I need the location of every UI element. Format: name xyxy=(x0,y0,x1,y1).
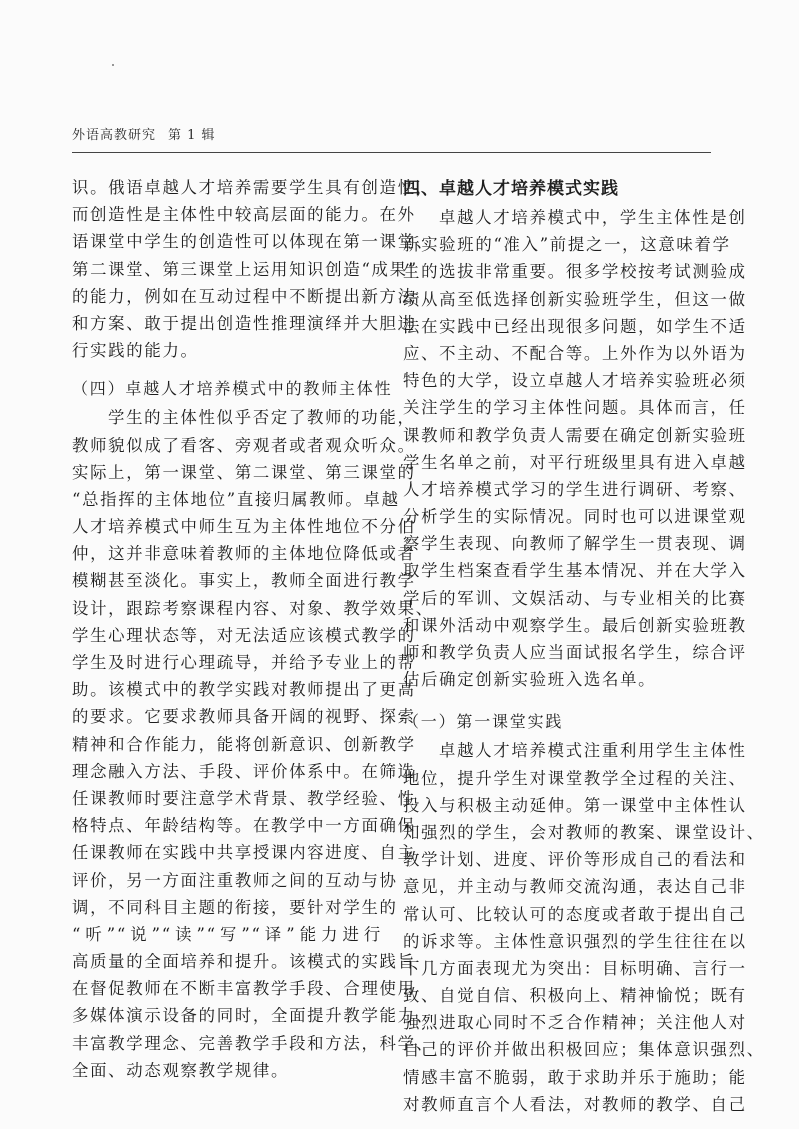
text-line: 和方案、敢于提出创造性推理演绎并大胆进 xyxy=(72,310,382,337)
text-line: 学生名单之前，对平行班级里具有进入卓越 xyxy=(403,449,713,476)
text-line: 生的选拔非常重要。很多学校按考试测验成 xyxy=(403,258,713,285)
issue-number: 第 1 辑 xyxy=(168,128,216,143)
text-line: 全面、动态观察教学规律。 xyxy=(72,1057,382,1084)
text-line: 的能力，例如在互动过程中不断提出新方法 xyxy=(72,283,382,310)
paragraph-intro: 卓越人才培养模式中，学生主体性是创 新实验班的“准入”前提之一，这意味着学 生的… xyxy=(403,204,713,693)
text-line: 知强烈的学生，会对教师的教案、课堂设计、 xyxy=(403,819,713,846)
text-line: 格特点、年龄结构等。在教学中一方面确保 xyxy=(72,812,382,839)
text-line: 调，不同科目主题的衔接，要针对学生的 xyxy=(72,894,382,921)
running-head: 外语高教研究第 1 辑 xyxy=(72,124,216,143)
text-line: 情感丰富不脆弱，敢于求助并乐于施助；能 xyxy=(403,1064,713,1091)
text-line: 对教师直言个人看法，对教师的教学、自己 xyxy=(403,1091,713,1118)
text-line: 助。该模式中的教学实践对教师提出了更高 xyxy=(72,676,382,703)
text-line: 关注学生的学习主体性问题。具体而言，任 xyxy=(403,394,713,421)
text-line: 下几方面表现尤为突出：目标明确、言行一 xyxy=(403,955,713,982)
subheading-first-classroom: （一）第一课堂实践 xyxy=(403,707,713,737)
journal-title: 外语高教研究 xyxy=(72,128,156,143)
section-heading-practice: 四、卓越人才培养模式实践 xyxy=(403,174,713,204)
left-column: 识。俄语卓越人才培养需要学生具有创造性， 而创造性是主体性中较高层面的能力。在外… xyxy=(72,174,382,1084)
text-line: 在督促教师在不断丰富教学手段、合理使用 xyxy=(72,975,382,1002)
text-line: 人才培养模式学习的学生进行调研、考察、 xyxy=(403,476,713,503)
text-line: 课教师和教学负责人需要在确定创新实验班 xyxy=(403,422,713,449)
text-line: 教学计划、进度、评价等形成自己的看法和 xyxy=(403,846,713,873)
text-line: 学后的军训、文娱活动、与专业相关的比赛 xyxy=(403,585,713,612)
text-line: 意见，并主动与教师交流沟通，表达自己非 xyxy=(403,873,713,900)
text-line: 应、不主动、不配合等。上外作为以外语为 xyxy=(403,340,713,367)
text-line: 识。俄语卓越人才培养需要学生具有创造性， xyxy=(72,174,382,201)
text-line: 人才培养模式中师生互为主体性地位不分伯 xyxy=(72,513,382,540)
text-line: 卓越人才培养模式中，学生主体性是创 xyxy=(403,204,713,231)
scan-speck xyxy=(112,64,114,66)
text-line: 设计，跟踪考察课程内容、对象、教学效果、 xyxy=(72,595,382,622)
text-line: 学生的主体性似乎否定了教师的功能， xyxy=(72,404,382,431)
text-line: 学生及时进行心理疏导，并给予专业上的帮 xyxy=(72,649,382,676)
text-line: 绩从高至低选择创新实验班学生，但这一做 xyxy=(403,286,713,313)
paragraph-first-classroom: 卓越人才培养模式注重利用学生主体性 地位，提升学生对课堂教学全过程的关注、 投入… xyxy=(403,737,713,1118)
text-line: 法在实践中已经出现很多问题，如学生不适 xyxy=(403,313,713,340)
text-line: 任课教师时要注意学术背景、教学经验、性 xyxy=(72,785,382,812)
text-line: 地位，提升学生对课堂教学全过程的关注、 xyxy=(403,765,713,792)
text-line: 卓越人才培养模式注重利用学生主体性 xyxy=(403,737,713,764)
text-line: 精神和合作能力，能将创新意识、创新教学 xyxy=(72,731,382,758)
text-line: 丰富教学理念、完善教学手段和方法，科学、 xyxy=(72,1030,382,1057)
paragraph-teacher: 学生的主体性似乎否定了教师的功能， 教师貌似成了看客、旁观者或者观众听众。 实际… xyxy=(72,404,382,1084)
text-line: 行实践的能力。 xyxy=(72,337,382,364)
text-line: 评价，另一方面注重教师之间的互动与协 xyxy=(72,867,382,894)
text-line: 自己的评价并做出积极回应；集体意识强烈、 xyxy=(403,1036,713,1063)
text-line: “总指挥的主体地位”直接归属教师。卓越 xyxy=(72,486,382,513)
text-line: “听”“说”“读”“写”“译”能力进行 xyxy=(72,921,382,948)
text-line: 投入与积极主动延伸。第一课堂中主体性认 xyxy=(403,792,713,819)
text-line: 特色的大学，设立卓越人才培养实验班必须 xyxy=(403,367,713,394)
subheading-teacher-subjectivity: （四）卓越人才培养模式中的教师主体性 xyxy=(72,374,382,404)
text-line: 高质量的全面培养和提升。该模式的实践旨 xyxy=(72,948,382,975)
text-line: 第二课堂、第三课堂上运用知识创造“成果” xyxy=(72,256,382,283)
text-line: 师和教学负责人应当面试报名学生，综合评 xyxy=(403,639,713,666)
text-line: 教师貌似成了看客、旁观者或者观众听众。 xyxy=(72,432,382,459)
text-line: 理念融入方法、手段、评价体系中。在筛选 xyxy=(72,758,382,785)
text-line: 语课堂中学生的创造性可以体现在第一课堂、 xyxy=(72,228,382,255)
text-line: 学生心理状态等，对无法适应该模式教学的 xyxy=(72,622,382,649)
text-line: 估后确定创新实验班入选名单。 xyxy=(403,666,713,693)
text-line: 模糊甚至淡化。事实上，教师全面进行教学 xyxy=(72,567,382,594)
text-line: 仲，这并非意味着教师的主体地位降低或者 xyxy=(72,540,382,567)
text-line: 强烈进取心同时不乏合作精神；关注他人对 xyxy=(403,1009,713,1036)
journal-page: 外语高教研究第 1 辑 识。俄语卓越人才培养需要学生具有创造性， 而创造性是主体… xyxy=(0,0,799,1129)
text-line: 任课教师在实践中共享授课内容进度、自主 xyxy=(72,839,382,866)
text-line: 察学生表现、向教师了解学生一贯表现、调 xyxy=(403,530,713,557)
text-line: 新实验班的“准入”前提之一，这意味着学 xyxy=(403,231,713,258)
text-line: 实际上，第一课堂、第二课堂、第三课堂的 xyxy=(72,459,382,486)
text-line: 取学生档案查看学生基本情况、并在大学入 xyxy=(403,557,713,584)
text-line: 的诉求等。主体性意识强烈的学生往往在以 xyxy=(403,928,713,955)
right-column: 四、卓越人才培养模式实践 卓越人才培养模式中，学生主体性是创 新实验班的“准入”… xyxy=(403,174,713,1118)
text-line: 致、自觉自信、积极向上、精神愉悦；既有 xyxy=(403,982,713,1009)
paragraph-continued: 识。俄语卓越人才培养需要学生具有创造性， 而创造性是主体性中较高层面的能力。在外… xyxy=(72,174,382,364)
text-line: 多媒体演示设备的同时，全面提升教学能力、 xyxy=(72,1002,382,1029)
text-line: 和课外活动中观察学生。最后创新实验班教 xyxy=(403,612,713,639)
header-rule xyxy=(72,152,711,153)
text-line: 而创造性是主体性中较高层面的能力。在外 xyxy=(72,201,382,228)
text-line: 常认可、比较认可的态度或者敢于提出自己 xyxy=(403,901,713,928)
text-line: 分析学生的实际情况。同时也可以进课堂观 xyxy=(403,503,713,530)
text-line: 的要求。它要求教师具备开阔的视野、探索 xyxy=(72,703,382,730)
